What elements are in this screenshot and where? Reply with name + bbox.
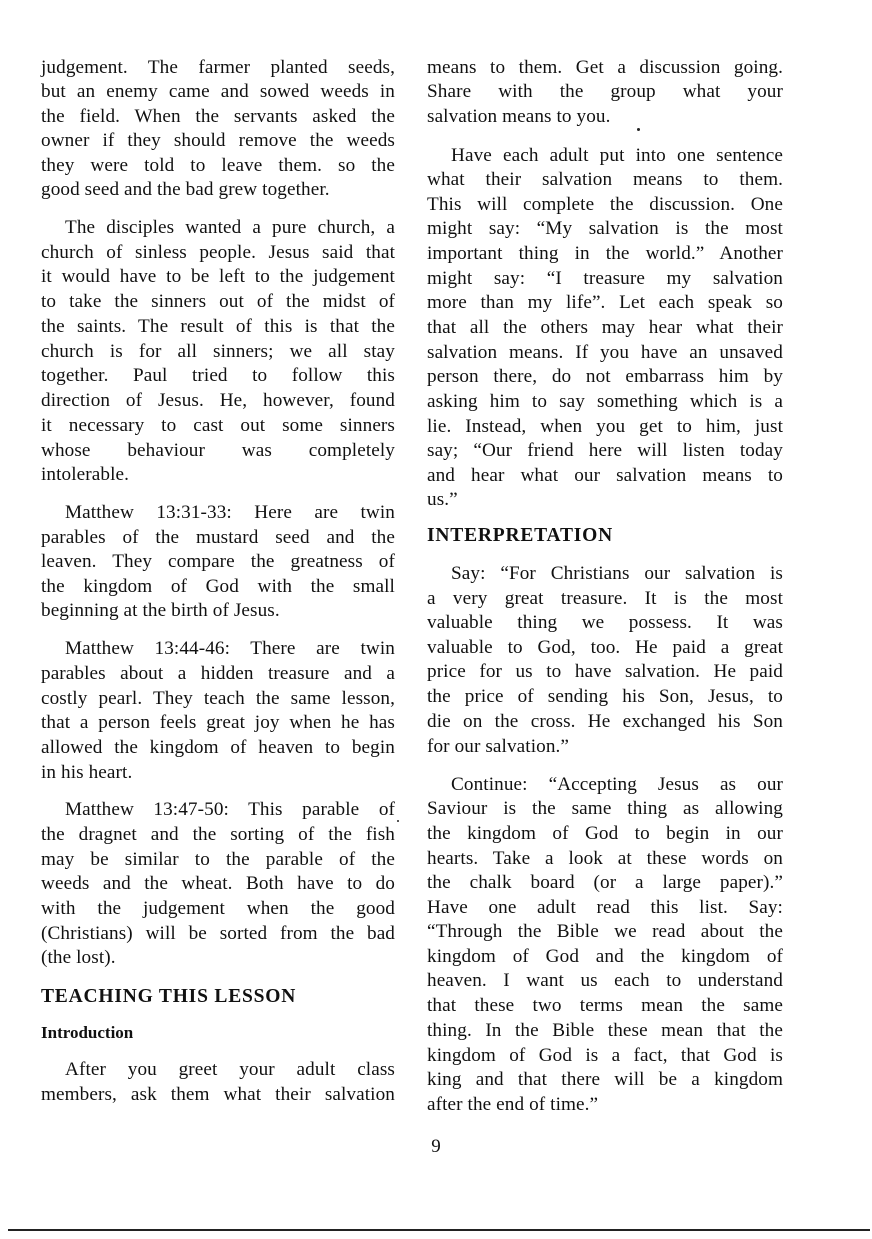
subheading-introduction: Introduction — [41, 1022, 133, 1044]
text-line: means to them. Get a discussion going. — [427, 56, 783, 80]
text-line: might say: “My salvation is the most — [427, 217, 783, 241]
text-line: owner if they should remove the weeds — [41, 129, 395, 153]
text-line: important thing in the world.” Another — [427, 242, 783, 266]
text-line: and hear what our salvation means to — [427, 464, 783, 488]
text-line: whose behaviour was completely — [41, 439, 395, 463]
scan-speck — [397, 820, 399, 822]
text-line: kingdom of God and the kingdom of — [427, 945, 783, 969]
text-line: more than my life”. Let each speak so — [427, 291, 783, 315]
text-line: may be similar to the parable of the — [41, 848, 395, 872]
text-line: to take the sinners out of the midst of — [41, 290, 395, 314]
text-line: for our salvation.” — [427, 735, 783, 759]
text-line: king and that there will be a kingdom — [427, 1068, 783, 1092]
text-line: lie. Instead, when you get to him, just — [427, 415, 783, 439]
text-line: weeds and the wheat. Both have to do — [41, 872, 395, 896]
text-line: they were told to leave them. so the — [41, 154, 395, 178]
text-line: “Through the Bible we read about the — [427, 920, 783, 944]
bottom-rule — [8, 1229, 870, 1231]
text-line: thing. In the Bible these mean that the — [427, 1019, 783, 1043]
text-line: beginning at the birth of Jesus. — [41, 599, 395, 623]
text-line: that these two terms mean the same — [427, 994, 783, 1018]
text-line: the chalk board (or a large paper).” — [427, 871, 783, 895]
text-line: die on the cross. He exchanged his Son — [427, 710, 783, 734]
text-line: parables about a hidden treasure and a — [41, 662, 395, 686]
text-line: good seed and the bad grew together. — [41, 178, 395, 202]
text-line: what their salvation means to them. — [427, 168, 783, 192]
section-heading-teaching: TEACHING THIS LESSON — [41, 985, 296, 1009]
text-line: Matthew 13:44-46: There are twin — [41, 637, 395, 661]
text-line: (Christians) will be sorted from the bad — [41, 922, 395, 946]
text-line: allowed the kingdom of heaven to begin — [41, 736, 395, 760]
text-line: after the end of time.” — [427, 1093, 783, 1117]
text-line: price for us to have salvation. He paid — [427, 660, 783, 684]
section-heading-interpretation: INTERPRETATION — [427, 524, 613, 548]
text-line: that all the others may hear what their — [427, 316, 783, 340]
text-line: Share with the group what your — [427, 80, 783, 104]
text-line: This will complete the discussion. One — [427, 193, 783, 217]
text-line: with the judgement when the good — [41, 897, 395, 921]
text-line: Say: “For Christians our salvation is — [427, 562, 783, 586]
text-line: it would have to be left to the judgemen… — [41, 265, 395, 289]
text-line: The disciples wanted a pure church, a — [41, 216, 395, 240]
text-line: judgement. The farmer planted seeds, — [41, 56, 395, 80]
text-line: the saints. The result of this is that t… — [41, 315, 395, 339]
text-line: the kingdom of God to begin in our — [427, 822, 783, 846]
text-line: Matthew 13:47-50: This parable of — [41, 798, 395, 822]
text-line: Continue: “Accepting Jesus as our — [427, 773, 783, 797]
text-line: the field. When the servants asked the — [41, 105, 395, 129]
text-line: the price of sending his Son, Jesus, to — [427, 685, 783, 709]
text-line: costly pearl. They teach the same lesson… — [41, 687, 395, 711]
text-line: valuable thing we possess. It was — [427, 611, 783, 635]
text-line: salvation means to you. — [427, 105, 783, 129]
text-line: might say: “I treasure my salvation — [427, 267, 783, 291]
text-line: the kingdom of God with the small — [41, 575, 395, 599]
text-line: in his heart. — [41, 761, 395, 785]
text-line: church is for all sinners; we all stay — [41, 340, 395, 364]
text-line: it necessary to cast out some sinners — [41, 414, 395, 438]
text-line: a very great treasure. It is the most — [427, 587, 783, 611]
text-line: say; “Our friend here will listen today — [427, 439, 783, 463]
text-line: parables of the mustard seed and the — [41, 526, 395, 550]
text-line: that a person feels great joy when he ha… — [41, 711, 395, 735]
text-line: valuable to God, too. He paid a great — [427, 636, 783, 660]
text-line: After you greet your adult class — [41, 1058, 395, 1082]
text-line: leaven. They compare the greatness of — [41, 550, 395, 574]
text-line: hearts. Take a look at these words on — [427, 847, 783, 871]
text-line: asking him to say something which is a — [427, 390, 783, 414]
text-line: kingdom of God is a fact, that God is — [427, 1044, 783, 1068]
text-line: the dragnet and the sorting of the fish — [41, 823, 395, 847]
text-line: intolerable. — [41, 463, 395, 487]
text-line: person there, do not embarrass him by — [427, 365, 783, 389]
scan-speck — [637, 128, 640, 131]
text-line: heaven. I want us each to understand — [427, 969, 783, 993]
text-line: Matthew 13:31-33: Here are twin — [41, 501, 395, 525]
text-line: us.” — [427, 488, 783, 512]
text-line: Saviour is the same thing as allowing — [427, 797, 783, 821]
text-line: Have one adult read this list. Say: — [427, 896, 783, 920]
page-number: 9 — [0, 1136, 872, 1158]
text-line: Have each adult put into one sentence — [427, 144, 783, 168]
text-line: (the lost). — [41, 946, 395, 970]
text-line: church of sinless people. Jesus said tha… — [41, 241, 395, 265]
text-line: together. Paul tried to follow this — [41, 364, 395, 388]
text-line: members, ask them what their salvation — [41, 1083, 395, 1107]
text-line: direction of Jesus. He, however, found — [41, 389, 395, 413]
text-line: but an enemy came and sowed weeds in — [41, 80, 395, 104]
text-line: salvation means. If you have an unsaved — [427, 341, 783, 365]
